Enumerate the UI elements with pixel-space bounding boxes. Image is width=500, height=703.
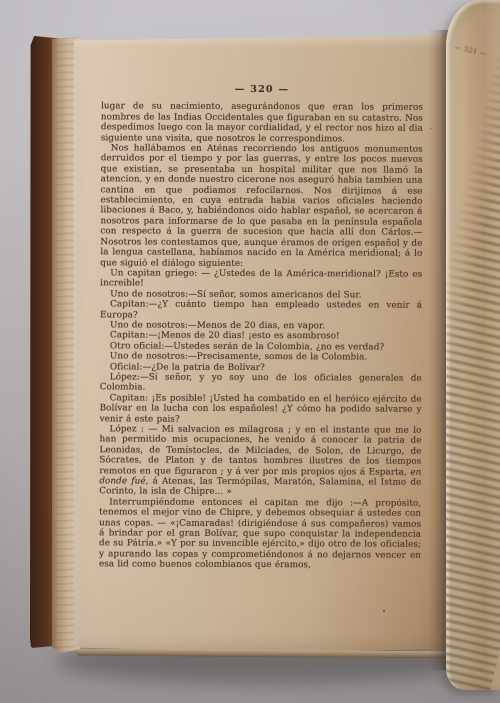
dialog-line: Capitan: ¡Es posible! ¡Usted ha combatid… — [100, 393, 422, 426]
paper-speck — [357, 588, 358, 589]
book-photograph: — 320 — lugar de su nacimiento, asegurán… — [0, 0, 500, 703]
dialog-line: Capitan:—¿Y cuánto tiempo han empleado u… — [100, 299, 422, 321]
dialog-line: López:—Sí señor, y yo soy uno de los ofi… — [100, 372, 422, 394]
dialog-line: Un capitan griego: — ¿Ustedes de la Amér… — [100, 268, 422, 290]
page-number-header: — 320 — — [101, 84, 423, 96]
dialog-line-with-italic: López : — Mi salvacion es milagrosa ; y … — [99, 424, 421, 498]
paragraph: lugar de su nacimiento, asegurándonos qu… — [101, 102, 423, 145]
right-page-curled: — 321 — — [446, 0, 500, 690]
dialog-post: , á Atenas, las Termópilas, Maratón, Sal… — [99, 477, 421, 498]
dialog-pre: López : — Mi salvacion es milagrosa ; y … — [99, 424, 421, 477]
paper-speck — [383, 610, 385, 612]
right-page-blurred-text-lines — [446, 54, 500, 690]
left-page-text: — 320 — lugar de su nacimiento, asegurán… — [99, 84, 423, 571]
paragraph: Interrumpiéndome entonces el capitan me … — [99, 497, 421, 571]
paragraph: Nos hallábamos en Aténas recorriendo los… — [100, 143, 423, 269]
dialog-line: Uno de nosotros:—Precisamente, somos de … — [100, 351, 422, 363]
